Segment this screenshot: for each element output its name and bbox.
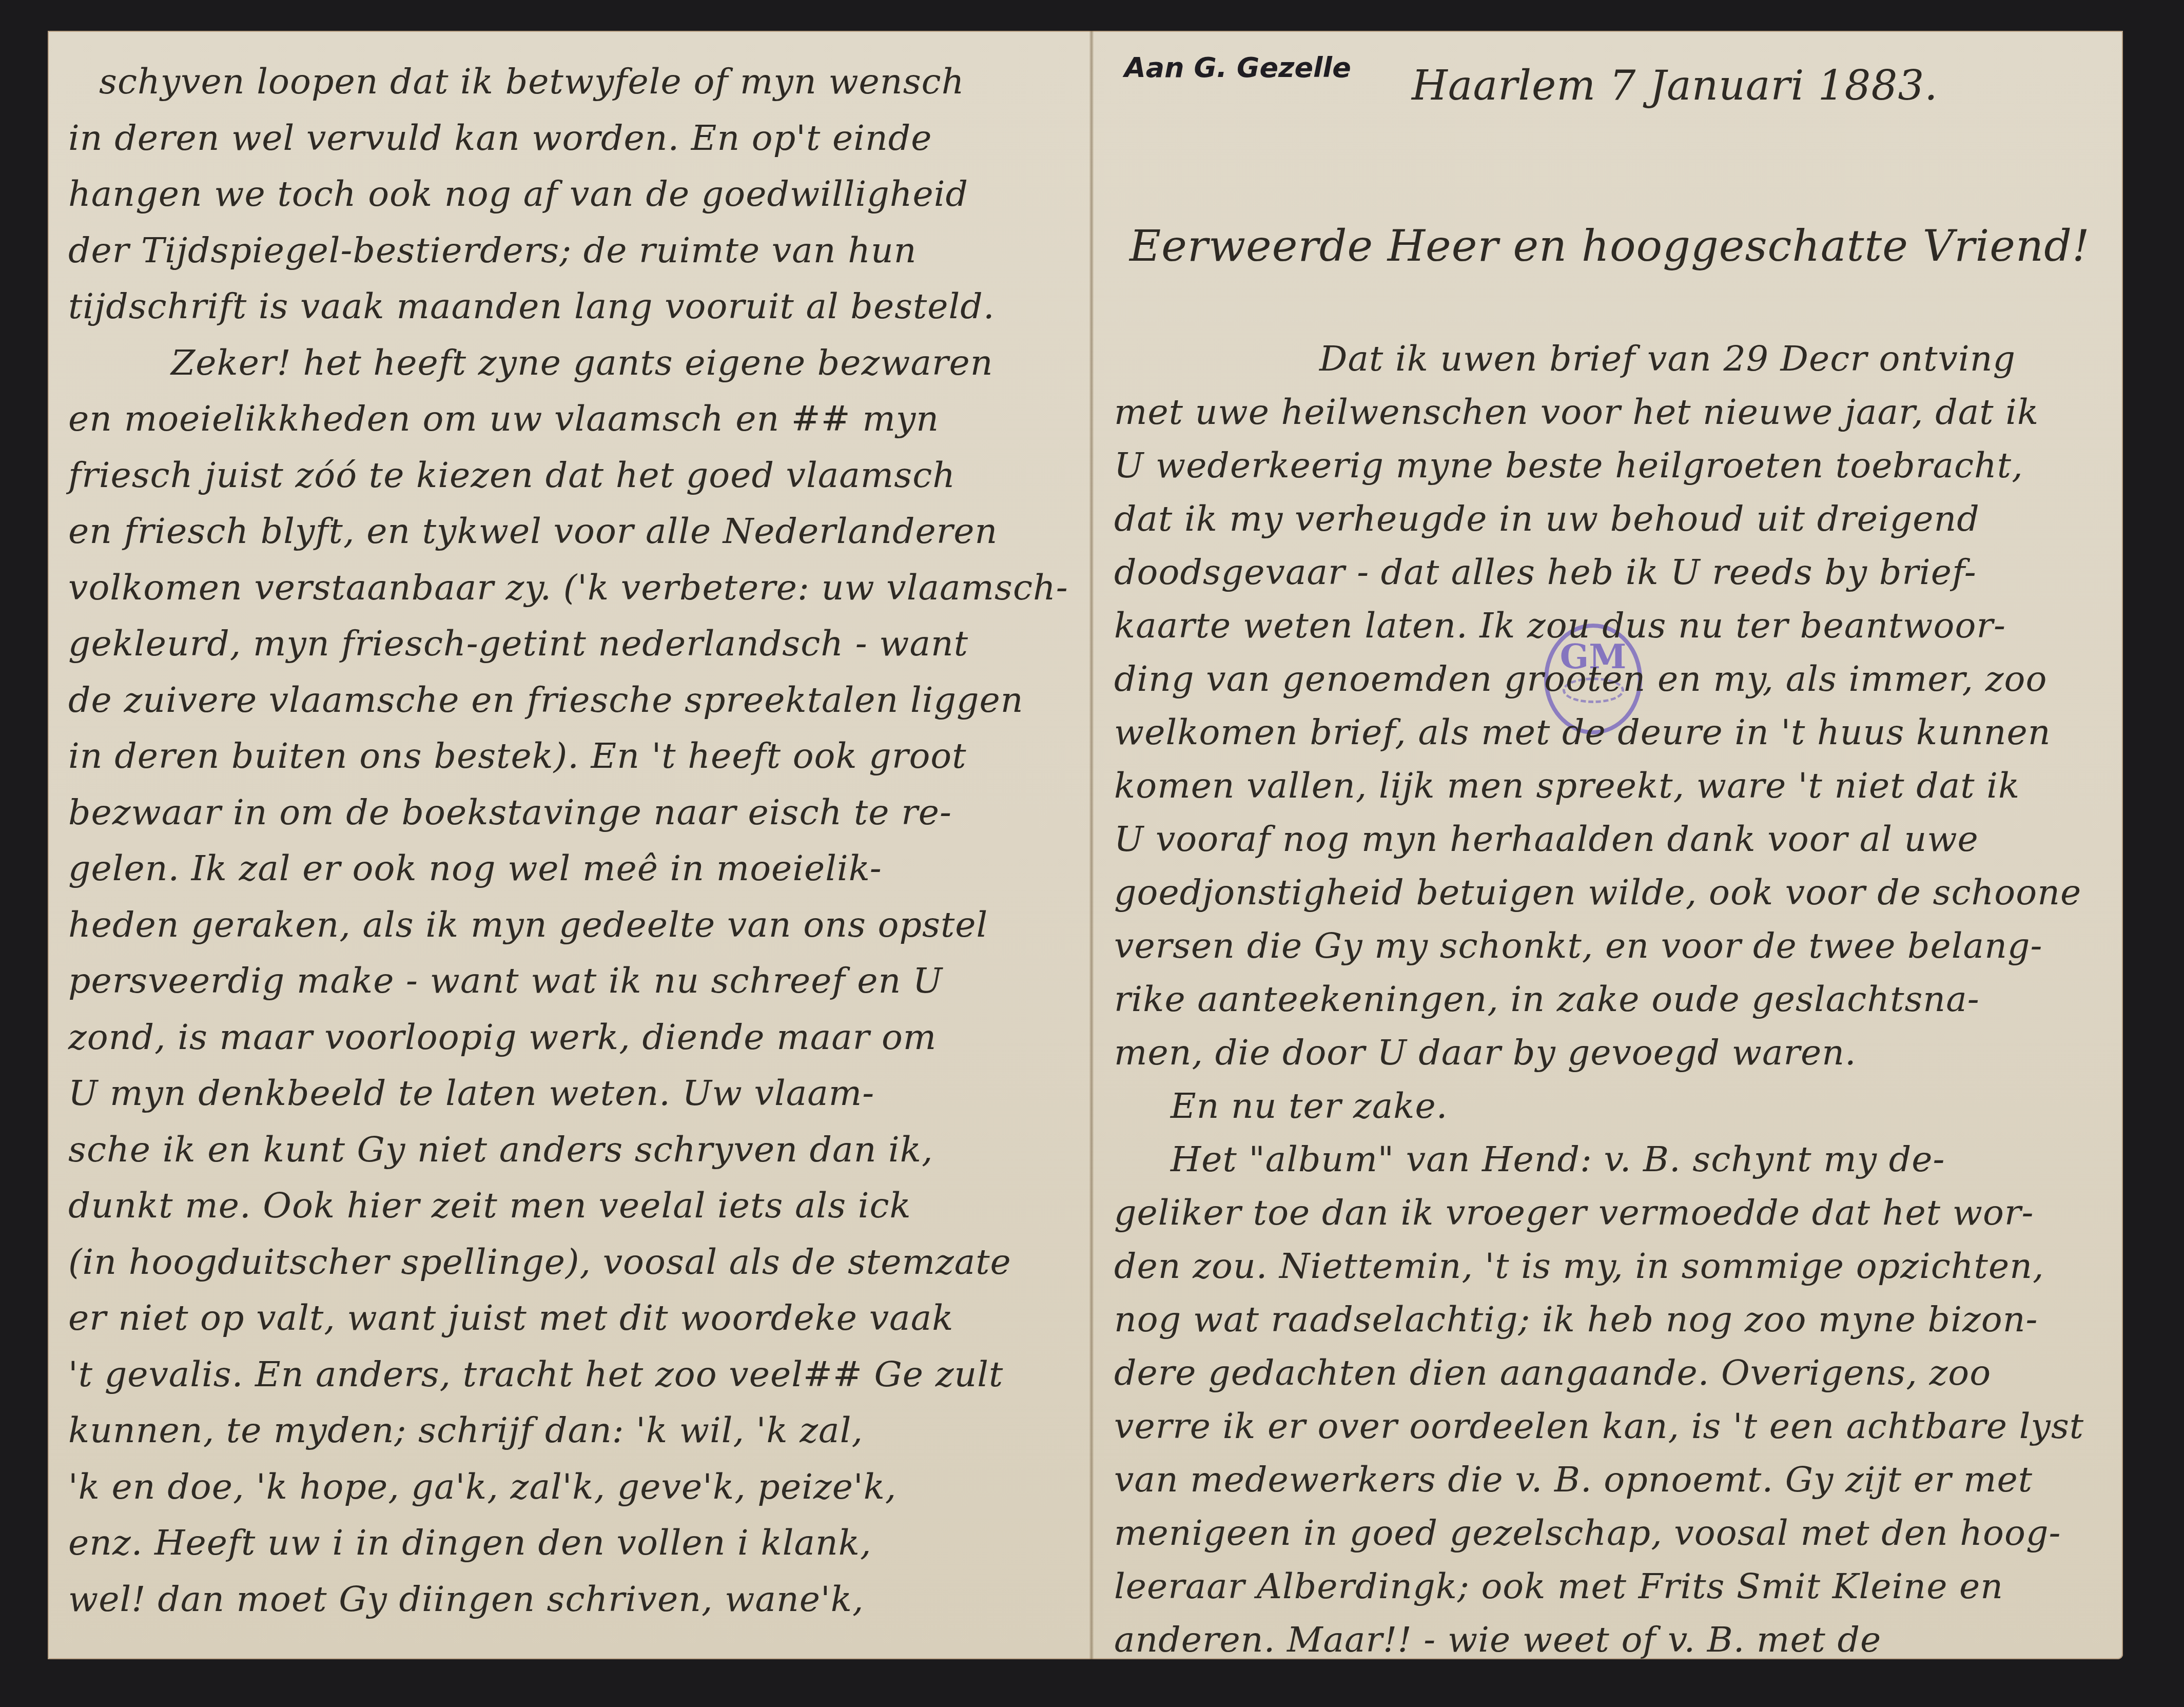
- text-line: persveerdig make - want wat ik nu schree…: [68, 961, 943, 1001]
- text-line: welkomen brief, als met de deure in 't h…: [1114, 712, 2051, 753]
- text-line: men, die door U daar by gevoegd waren.: [1114, 1033, 1857, 1073]
- recipient-annotation: Aan G. Gezelle: [1124, 51, 1351, 84]
- letter-sheet: schyven loopen dat ik betwyfele of myn w…: [48, 31, 2123, 1659]
- text-line: U myn denkbeeld te laten weten. Uw vlaam…: [68, 1073, 874, 1114]
- text-line: de zuivere vlaamsche en friesche spreekt…: [68, 680, 1024, 721]
- text-line: rike aanteekeningen, in zake oude geslac…: [1114, 979, 1980, 1020]
- text-line: Dat ik uwen brief van 29 Decr ontving: [1319, 339, 2016, 379]
- text-line: met uwe heilwenschen voor het nieuwe jaa…: [1114, 392, 2039, 433]
- center-fold: [1089, 31, 1094, 1659]
- text-line: in deren wel vervuld kan worden. En op't…: [68, 118, 932, 159]
- text-line: sche ik en kunt Gy niet anders schryven …: [68, 1130, 933, 1170]
- text-line: leeraar Alberdingk; ook met Frits Smit K…: [1114, 1566, 2003, 1607]
- text-line: 'k en doe, 'k hope, ga'k, zal'k, geve'k,…: [68, 1467, 896, 1507]
- text-line: volkomen verstaanbaar zy. ('k verbetere:…: [68, 568, 1068, 608]
- text-line: bezwaar in om de boekstavinge naar eisch…: [68, 792, 952, 833]
- text-line: van medewerkers die v. B. opnoemt. Gy zi…: [1114, 1460, 2033, 1500]
- salutation: Eerweerde Heer en hooggeschatte Vriend!: [1129, 221, 2090, 271]
- text-line: goedjonstigheid betuigen wilde, ook voor…: [1114, 872, 2081, 913]
- text-line: dere gedachten dien aangaande. Overigens…: [1114, 1353, 1991, 1393]
- text-line: den zou. Niettemin, 't is my, in sommige…: [1114, 1246, 2044, 1287]
- text-line: gekleurd, myn friesch-getint nederlandsc…: [68, 624, 968, 664]
- text-line: versen die Gy my schonkt, en voor de twe…: [1114, 926, 2042, 966]
- text-line: verre ik er over oordeelen kan, is 't ee…: [1114, 1406, 2084, 1447]
- text-line: nog wat raadselachtig; ik heb nog zoo my…: [1114, 1299, 2038, 1340]
- text-line: der Tijdspiegel-bestierders; de ruimte v…: [68, 230, 917, 271]
- text-line: 't gevalis. En anders, tracht het zoo ve…: [68, 1354, 1003, 1395]
- text-line: komen vallen, lijk men spreekt, ware 't …: [1114, 766, 2020, 806]
- left-page: schyven loopen dat ik betwyfele of myn w…: [48, 31, 1089, 1659]
- text-line: (in hoogduitscher spellinge), voosal als…: [68, 1242, 1011, 1283]
- text-line: Het "album" van Hend: v. B. schynt my de…: [1171, 1139, 1945, 1180]
- text-line: friesch juist zóó te kiezen dat het goed…: [68, 455, 956, 496]
- text-line: geliker toe dan ik vroeger vermoedde dat…: [1114, 1193, 2034, 1233]
- text-line: anderen. Maar!! - wie weet of v. B. met …: [1114, 1620, 1881, 1660]
- text-line: heden geraken, als ik myn gedeelte van o…: [68, 905, 988, 945]
- text-line: U vooraf nog myn herhaalden dank voor al…: [1114, 819, 1979, 860]
- text-line: tijdschrift is vaak maanden lang vooruit…: [68, 286, 995, 327]
- right-page: Aan G. Gezelle Haarlem 7 Januari 1883. E…: [1094, 31, 2123, 1659]
- text-line: in deren buiten ons bestek). En 't heeft…: [68, 736, 967, 777]
- text-line: U wederkeerig myne beste heilgroeten toe…: [1114, 445, 2023, 486]
- text-line: Zeker! het heeft zyne gants eigene bezwa…: [171, 343, 993, 383]
- text-line: en friesch blyft, en tykwel voor alle Ne…: [68, 511, 998, 552]
- text-line: er niet op valt, want juist met dit woor…: [68, 1298, 953, 1339]
- text-line: enz. Heeft uw i in dingen den vollen i k…: [68, 1523, 872, 1563]
- text-line: wel! dan moet Gy diingen schriven, wane'…: [68, 1579, 864, 1620]
- text-line: doodsgevaar - dat alles heb ik U reeds b…: [1114, 552, 1977, 593]
- text-line: kaarte weten laten. Ik zou dus nu ter be…: [1114, 606, 2006, 646]
- text-line: menigeen in goed gezelschap, voosal met …: [1114, 1513, 2061, 1554]
- text-line: en moeielikkheden om uw vlaamsch en ## m…: [68, 399, 939, 439]
- text-line: ding van genoemden grooten en my, als im…: [1114, 659, 2047, 700]
- text-line: kunnen, te myden; schrijf dan: 'k wil, '…: [68, 1410, 863, 1451]
- text-line: dunkt me. Ook hier zeit men veelal iets …: [68, 1186, 911, 1226]
- dateline: Haarlem 7 Januari 1883.: [1412, 62, 1938, 109]
- text-line: schyven loopen dat ik betwyfele of myn w…: [99, 62, 964, 102]
- text-line: dat ik my verheugde in uw behoud uit dre…: [1114, 499, 1980, 539]
- text-line: zond, is maar voorloopig werk, diende ma…: [68, 1017, 937, 1058]
- text-line: hangen we toch ook nog af van de goedwil…: [68, 174, 968, 215]
- text-line: En nu ter zake.: [1171, 1086, 1448, 1127]
- text-line: gelen. Ik zal er ook nog wel meê in moei…: [68, 848, 882, 889]
